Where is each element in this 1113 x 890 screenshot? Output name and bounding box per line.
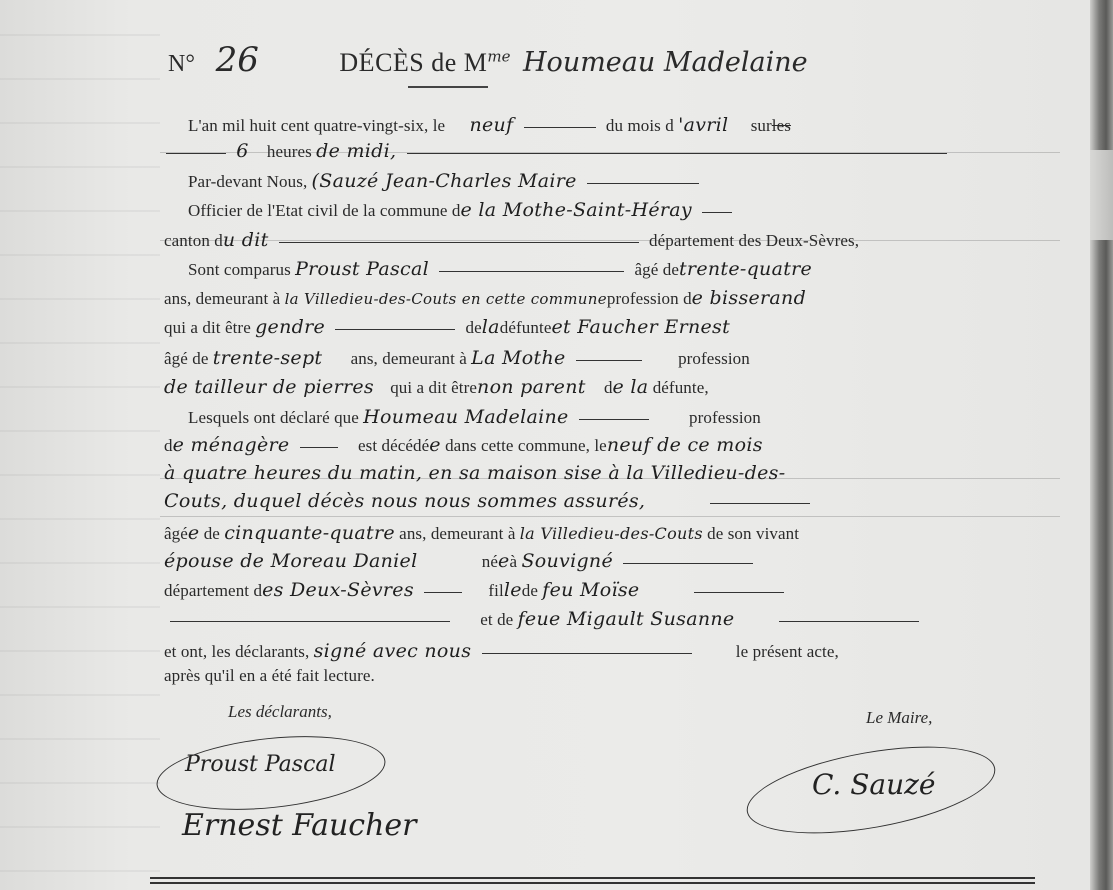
text-line-5: canton du dit département des Deux-Sèvre… <box>164 229 859 251</box>
death-time-place: à quatre heures du matin, en sa maison s… <box>164 462 785 484</box>
declarant-1-field: Proust Pascal <box>295 258 429 280</box>
bottom-rule <box>150 877 1035 879</box>
month-field: 'avril <box>678 114 728 136</box>
signature-mayor: C. Sauzé <box>812 768 935 801</box>
text-line-1: L'an mil huit cent quatre-vingt-six, le … <box>188 114 791 136</box>
text-line-7: ans, demeurant à la Villedieu-des-Couts … <box>164 287 806 309</box>
text-line-14: Couts, duquel décès nous nous sommes ass… <box>164 490 816 512</box>
record-number: 26 <box>216 40 259 80</box>
declarant-2-residence: La Mothe <box>471 347 565 369</box>
text-line-20: après qu'il en a été fait lecture. <box>164 666 375 686</box>
text-line-11: Lesquels ont déclaré que Houmeau Madelai… <box>188 406 761 428</box>
page-binding-edge <box>1090 0 1113 890</box>
declarant-2-field: et Faucher Ernest <box>551 316 730 338</box>
title-underline <box>408 86 488 88</box>
declarant-1-residence: la Villedieu-des-Couts en cette commune <box>285 290 607 308</box>
bleed-through-text <box>0 0 160 890</box>
declarant-1-profession: e bisserand <box>692 287 806 309</box>
text-line-19: et ont, les déclarants, signé avec nous … <box>164 640 839 662</box>
deceased-profession: e ménagère <box>173 434 290 456</box>
text-line-15: âgée de cinquante-quatre ans, demeurant … <box>164 522 799 544</box>
signature-declarant-1: Proust Pascal <box>185 752 336 777</box>
canton-field: u dit <box>223 229 269 251</box>
deceased-name: Houmeau Madelaine <box>523 47 808 78</box>
declarant-2-profession: de tailleur de pierres <box>164 376 374 398</box>
text-line-16: épouse de Moreau Daniel néeà Souvigné <box>164 550 759 572</box>
text-line-9: âgé de trente-sept ans, demeurant à La M… <box>164 347 750 369</box>
text-line-18: et de feue Migault Susanne <box>164 608 925 630</box>
text-line-6: Sont comparus Proust Pascal âgé detrente… <box>188 258 812 280</box>
day-field: neuf <box>469 114 513 136</box>
declarant-2-age: trente-sept <box>213 347 323 369</box>
title-honorific: me <box>487 47 510 65</box>
declarant-1-relation: gendre <box>255 316 325 338</box>
deceased-name-field: Houmeau Madelaine <box>363 406 568 428</box>
deceased-residence: la Villedieu-des-Couts <box>520 524 703 543</box>
hour-field: 6 <box>236 140 248 162</box>
mother-field: feue Migault Susanne <box>518 608 735 630</box>
declarant-2-relation: non parent <box>477 376 586 398</box>
text-line-10: de tailleur de pierres qui a dit êtrenon… <box>164 376 709 398</box>
birth-department: es Deux-Sèvres <box>262 579 414 601</box>
signed-field: signé avec nous <box>314 640 472 662</box>
bottom-rule <box>150 882 1035 884</box>
text-line-3: Par-devant Nous, (Sauzé Jean-Charles Mai… <box>188 170 705 192</box>
father-field: feu Moïse <box>542 579 639 601</box>
commune-field: e la Mothe-Saint-Héray <box>461 199 692 221</box>
declarants-label: Les déclarants, <box>228 702 332 722</box>
text-line-2: 6 heures de midi, <box>160 140 953 162</box>
officer-field: (Sauzé Jean-Charles Maire <box>312 170 577 192</box>
ruled-line <box>160 516 1060 517</box>
signature-declarant-2: Ernest Faucher <box>182 808 417 843</box>
text-line-8: qui a dit être gendre deladéfunteet Fauc… <box>164 316 730 338</box>
birthplace-field: Souvigné <box>521 550 613 572</box>
record-title: N° 26 DÉCÈS de Mme Houmeau Madelaine <box>168 40 808 80</box>
text-line-17: département des Deux-Sèvres fillede feu … <box>164 579 790 601</box>
death-date: neuf de ce mois <box>607 434 763 456</box>
number-label: N° <box>168 51 195 77</box>
deceased-age: cinquante-quatre <box>224 522 395 544</box>
text-line-4: Officier de l'Etat civil de la commune d… <box>188 199 738 221</box>
spouse-field: épouse de Moreau Daniel <box>164 550 417 572</box>
mayor-label: Le Maire, <box>866 708 932 728</box>
text-line-13: à quatre heures du matin, en sa maison s… <box>164 462 785 484</box>
register-page: N° 26 DÉCÈS de Mme Houmeau Madelaine L'a… <box>0 0 1090 890</box>
text-line-12: de ménagère est décédée dans cette commu… <box>164 434 763 456</box>
title-prefix: DÉCÈS de M <box>339 48 487 77</box>
declarant-1-age: trente-quatre <box>679 258 812 280</box>
